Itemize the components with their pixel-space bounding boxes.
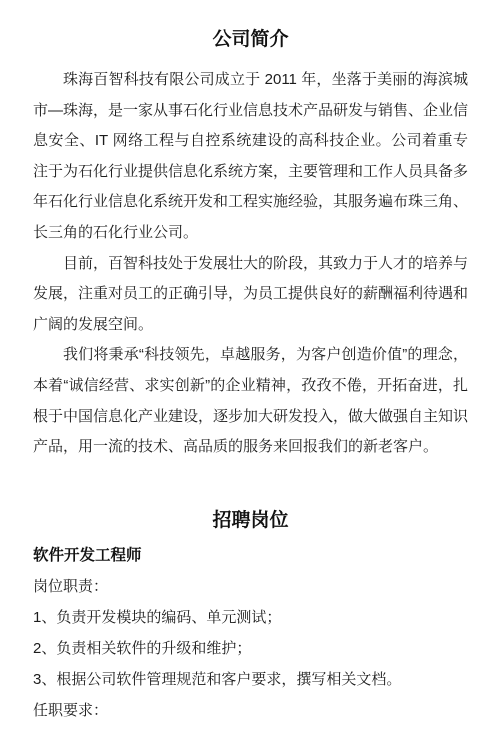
responsibility-item-1: 1、负责开发模块的编码、单元测试； (33, 602, 468, 633)
document-page: 公司简介 珠海百智科技有限公司成立于 2011 年，坐落于美丽的海滨城市—珠海，… (0, 0, 484, 741)
responsibilities-label: 岗位职责： (33, 571, 468, 602)
section-title-recruitment: 招聘岗位 (33, 507, 468, 535)
section-title-company-intro: 公司简介 (33, 26, 468, 54)
responsibility-item-2: 2、负责相关软件的升级和维护； (33, 633, 468, 664)
requirements-label: 任职要求： (33, 695, 468, 726)
company-intro-paragraph-1: 珠海百智科技有限公司成立于 2011 年，坐落于美丽的海滨城市—珠海，是一家从事… (33, 65, 468, 249)
company-intro-paragraph-3: 我们将秉承“科技领先，卓越服务，为客户创造价值”的理念，本着“诚信经营、求实创新… (33, 340, 468, 462)
company-intro-paragraph-2: 目前，百智科技处于发展壮大的阶段，其致力于人才的培养与发展，注重对员工的正确引导… (33, 249, 468, 341)
job-title-software-engineer: 软件开发工程师 (33, 541, 468, 571)
responsibility-item-3: 3、根据公司软件管理规范和客户要求，撰写相关文档。 (33, 664, 468, 695)
